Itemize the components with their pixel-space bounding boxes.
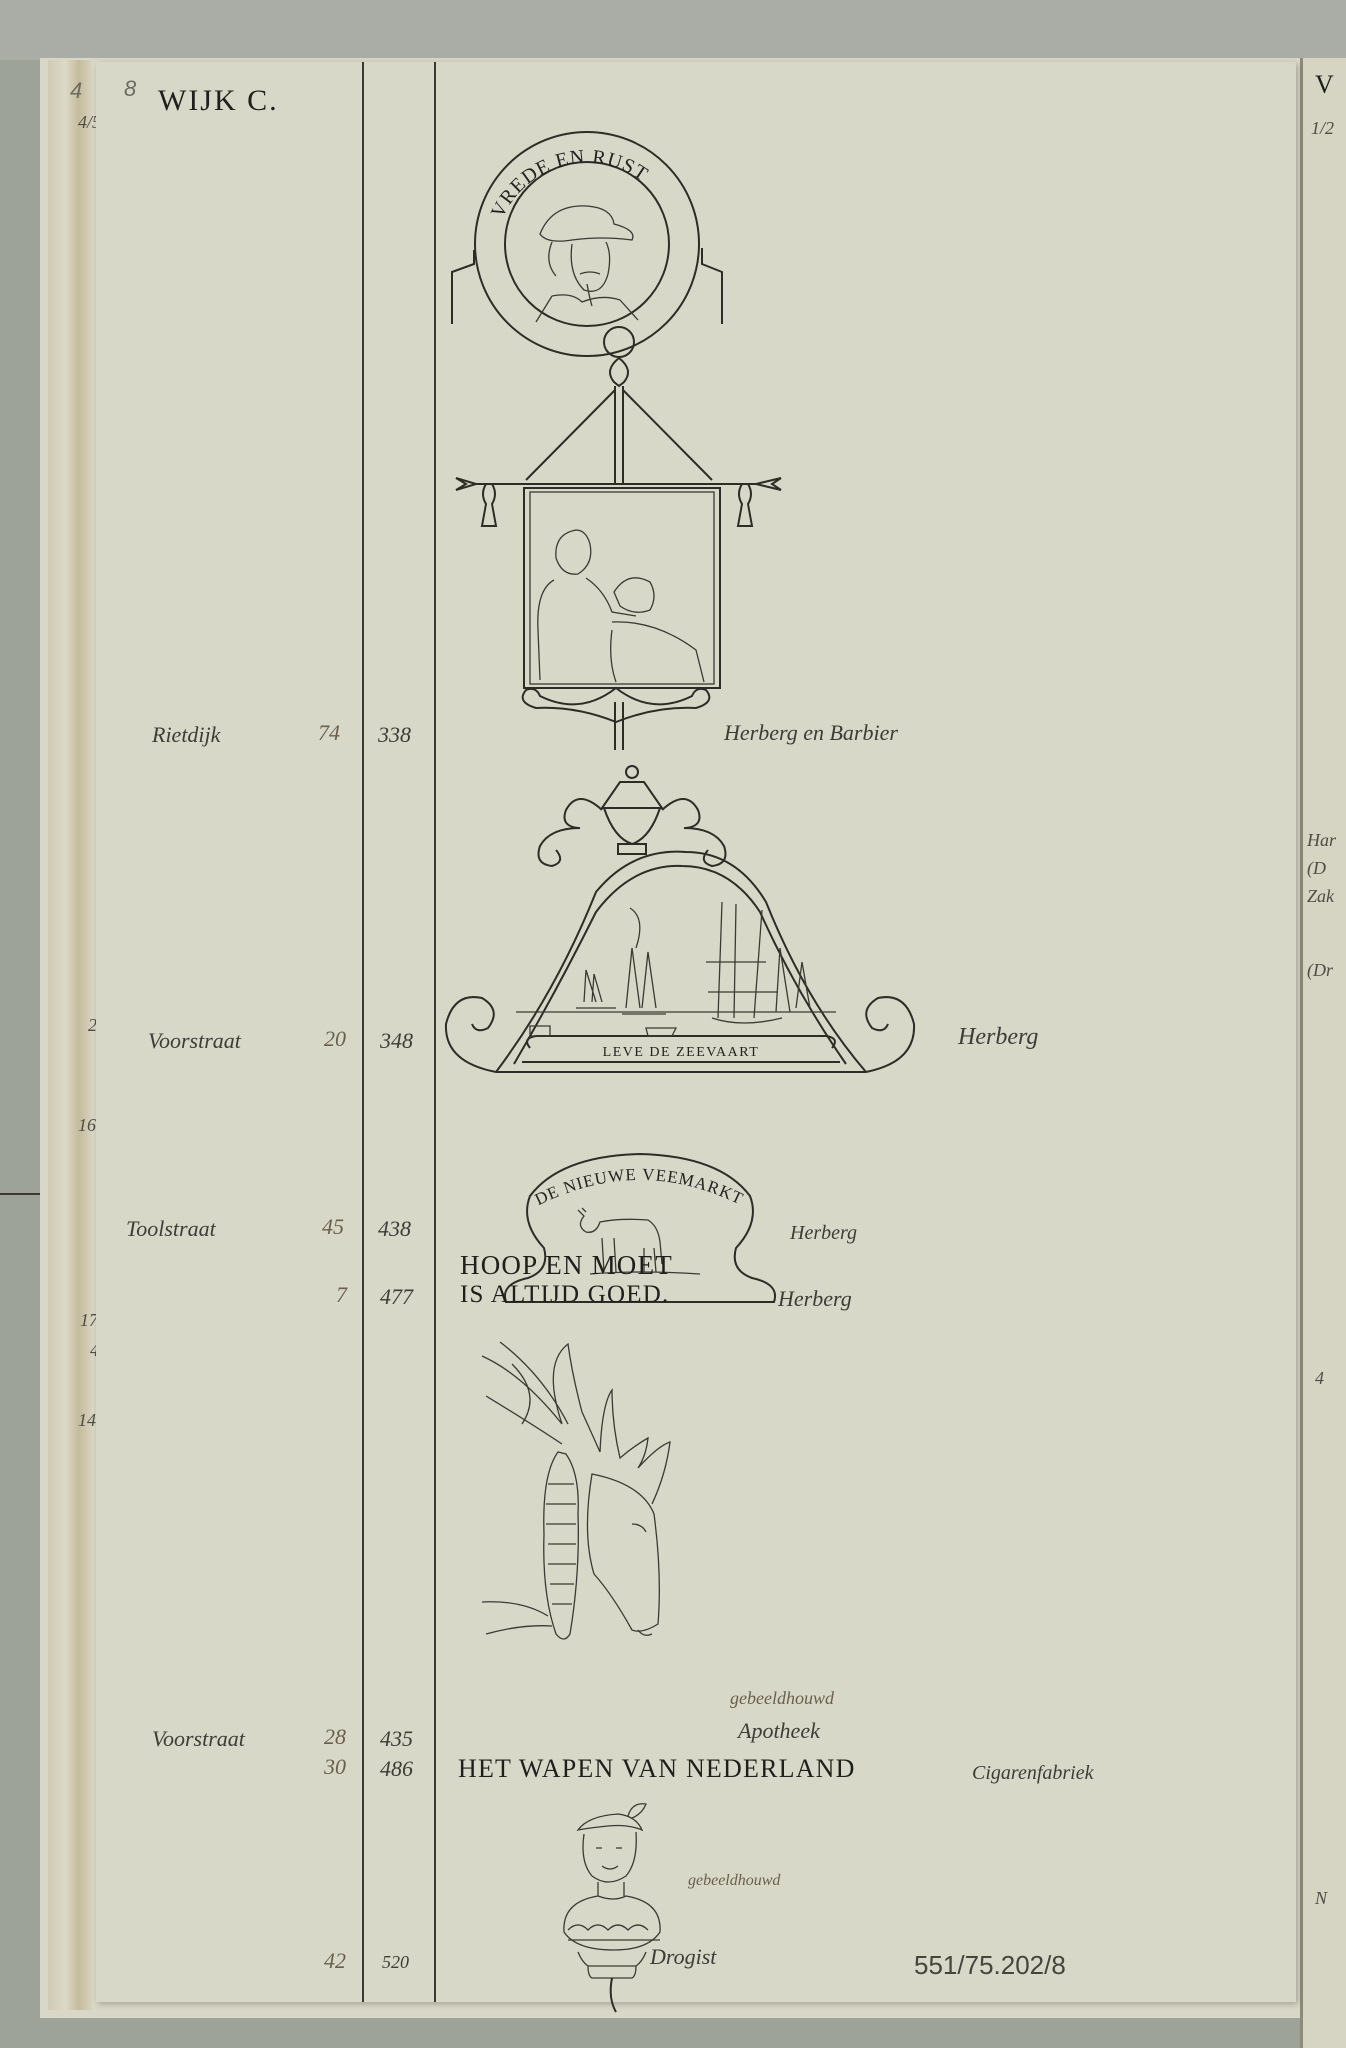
- trade-label: Cigarenfabriek: [972, 1762, 1093, 1785]
- house-number: 45: [322, 1214, 344, 1240]
- svg-text:VREDE EN RUST: VREDE EN RUST: [487, 146, 652, 222]
- register-number: 338: [378, 722, 411, 748]
- margin-mark: 14: [78, 1410, 96, 1431]
- margin-mark: 4: [1315, 1368, 1324, 1389]
- archive-reference: 551/75.202/8: [914, 1950, 1066, 1981]
- margin-mark: Zak: [1307, 886, 1334, 907]
- facing-page-heading: V: [1315, 70, 1334, 100]
- trade-label: Herberg: [958, 1024, 1038, 1051]
- ships-sign-icon: LEVE DE ZEEVAART: [436, 752, 936, 1112]
- register-number: 477: [380, 1284, 413, 1310]
- stag-head-icon: [482, 1334, 682, 1664]
- trade-label: Apotheek: [738, 1718, 820, 1744]
- sign-caption-line: HOOP EN MOET: [460, 1250, 673, 1281]
- house-number: 20: [324, 1026, 346, 1052]
- street-name: Toolstraat: [126, 1216, 216, 1242]
- svg-text:DE NIEUWE VEEMARKT: DE NIEUWE VEEMARKT: [532, 1165, 747, 1209]
- house-number: 74: [318, 720, 340, 746]
- trade-label: Herberg: [778, 1286, 852, 1312]
- sign-caption: HET WAPEN VAN NEDERLAND: [458, 1754, 856, 1784]
- page-title: WIJK C.: [158, 84, 279, 118]
- backdrop: [0, 0, 1346, 60]
- margin-mark: Har: [1307, 830, 1336, 851]
- page-number: 8: [124, 76, 136, 102]
- barber-sign-icon: [436, 330, 816, 750]
- svg-text:LEVE DE ZEEVAART: LEVE DE ZEEVAART: [603, 1045, 760, 1060]
- register-number: 348: [380, 1028, 413, 1054]
- ledger-page: 8 WIJK C. Rietdijk 74 338 Herberg en Bar…: [96, 62, 1296, 2002]
- facing-page-edge: V 1/2 Har (D Zak (Dr 4 N: [1300, 58, 1346, 2048]
- house-number: 7: [336, 1282, 347, 1308]
- house-number: 28: [324, 1724, 346, 1750]
- register-number: 435: [380, 1726, 413, 1752]
- column-rule-house-no: [362, 62, 364, 2002]
- margin-mark: (D: [1307, 858, 1326, 879]
- page-edge-stack: [48, 60, 92, 2010]
- trade-label: Drogist: [650, 1944, 716, 1970]
- register-number: 520: [382, 1952, 409, 1973]
- register-number: 486: [380, 1756, 413, 1782]
- margin-mark: (Dr: [1307, 960, 1333, 981]
- trade-label: Herberg: [790, 1222, 857, 1245]
- street-name: Rietdijk: [152, 722, 220, 748]
- register-number: 438: [378, 1216, 411, 1242]
- house-number: 30: [324, 1754, 346, 1780]
- carved-note: gebeeldhouwd: [730, 1688, 834, 1709]
- sign-caption-line: IS ALTIJD GOED.: [460, 1281, 669, 1309]
- margin-mark: 16: [78, 1115, 96, 1136]
- under-page-number: 4: [70, 78, 82, 104]
- street-name: Voorstraat: [152, 1726, 245, 1752]
- margin-mark: 1/2: [1311, 118, 1334, 139]
- street-name: Voorstraat: [148, 1028, 241, 1054]
- house-number: 42: [324, 1948, 346, 1974]
- gaper-bust-icon: [558, 1802, 668, 2012]
- margin-mark: N: [1315, 1888, 1327, 1909]
- rule-mark: [0, 1193, 40, 1195]
- carved-note: gebeeldhouwd: [688, 1872, 780, 1890]
